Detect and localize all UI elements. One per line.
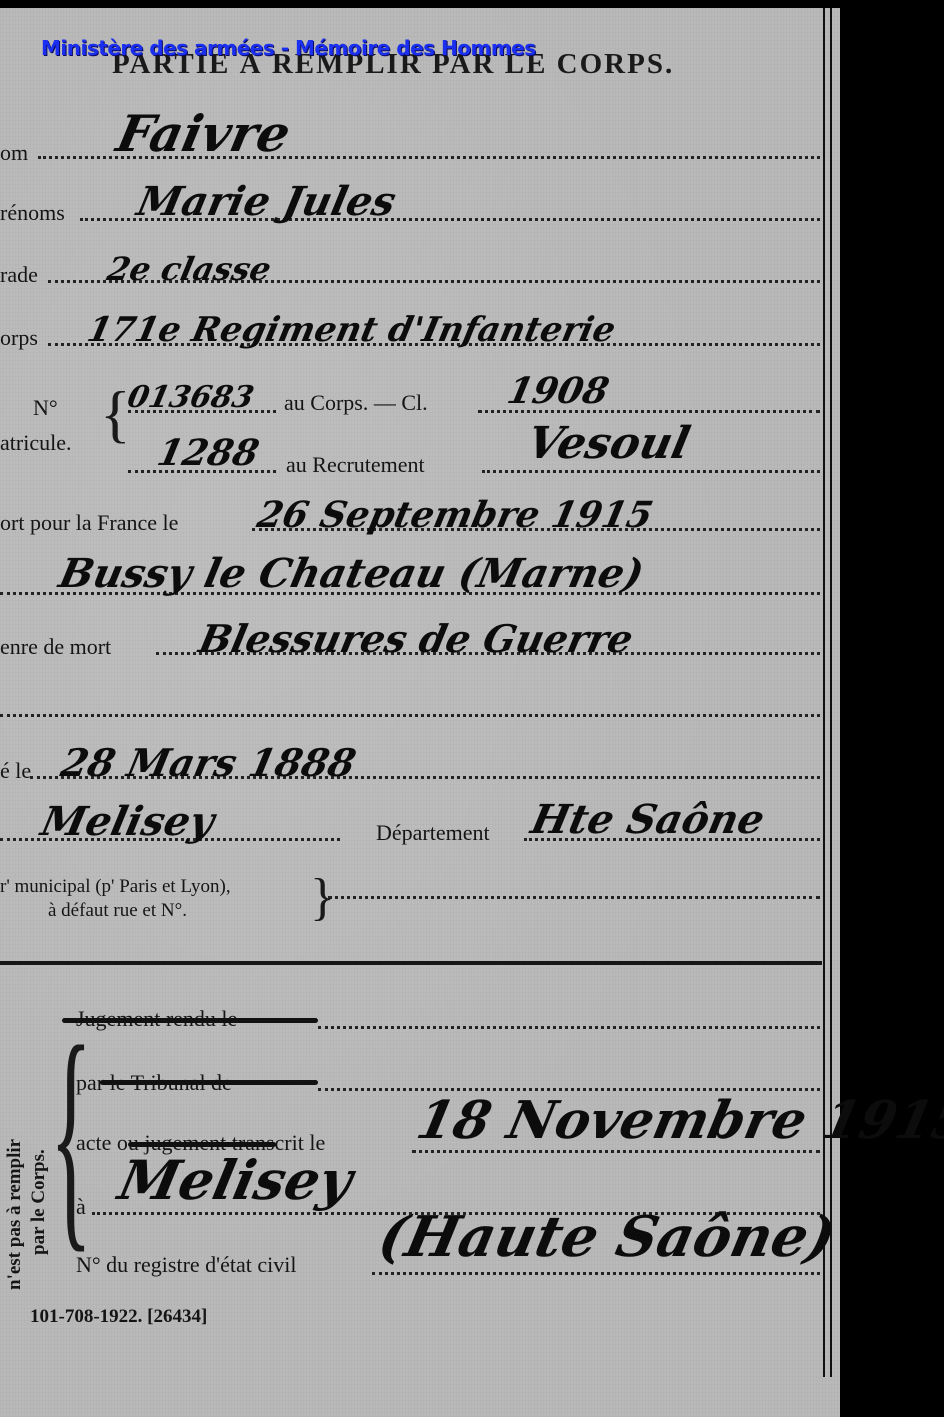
registre-label: N° du registre d'état civil <box>76 1252 296 1278</box>
matricule-label-1: N° <box>33 395 58 421</box>
margin-rule-inner <box>823 8 825 1377</box>
side-note-line-1: n'est pas à remplir <box>4 1139 26 1290</box>
au-corps-value: 013683 <box>124 380 257 415</box>
naissance-label: é le <box>0 758 31 784</box>
side-note-line-2: par le Corps. <box>28 1149 50 1255</box>
prenoms-label: rénoms <box>0 200 65 226</box>
classe-value: 1908 <box>504 370 613 412</box>
grade-label: rade <box>0 262 38 288</box>
margin-rule-outer <box>830 8 832 1377</box>
jugement-line <box>318 1026 820 1029</box>
departement-value: Hte Saône <box>527 796 769 843</box>
matricule-label-2: atricule. <box>0 430 71 456</box>
prenoms-value: Marie Jules <box>133 178 400 225</box>
corps-label: orps <box>0 325 38 351</box>
tribunal-strikethrough <box>100 1080 318 1085</box>
mort-label: ort pour la France le <box>0 510 178 536</box>
acte-label-prefix: acte <box>76 1130 111 1155</box>
a-place-value: Melisey <box>113 1148 358 1212</box>
a-label: à <box>76 1194 86 1220</box>
mort-date-value: 26 Septembre 1915 <box>254 494 657 536</box>
nom-value: Faivre <box>112 104 296 163</box>
acte-strikethrough <box>128 1142 276 1147</box>
arrondissement-label-1: r' municipal (p' Paris et Lyon), <box>0 876 231 898</box>
recrutement-place-value: Vesoul <box>523 418 695 469</box>
lieu-naissance-value: Melisey <box>37 798 218 845</box>
nom-label: om <box>0 140 28 166</box>
corps-value: 171e Regiment d'Infanterie <box>84 310 619 350</box>
genre-mort-value: Blessures de Guerre <box>195 616 637 661</box>
naissance-date-value: 28 Mars 1888 <box>57 740 360 785</box>
arrondissement-label-2: à défaut rue et N°. <box>48 900 187 922</box>
watermark: Ministère des armées - Mémoire des Homme… <box>41 36 536 60</box>
genre-mort-label: enre de mort <box>0 634 111 660</box>
recrutement-label: au Recrutement <box>286 452 425 478</box>
registre-line <box>372 1272 820 1275</box>
blank-line <box>0 714 820 717</box>
arrondissement-line <box>328 896 820 899</box>
au-corps-label: au Corps. — Cl. <box>284 390 428 416</box>
print-reference: 101-708-1922. [26434] <box>30 1306 207 1328</box>
recrutement-place-line <box>482 470 820 473</box>
acte-date-value: 18 Novembre 1915 <box>412 1090 944 1151</box>
grade-value: 2e classe <box>104 250 275 288</box>
jugement-strikethrough <box>62 1018 318 1023</box>
section-divider <box>0 961 822 965</box>
registre-value: (Haute Saône) <box>373 1204 841 1270</box>
recrutement-number-value: 1288 <box>154 432 263 474</box>
departement-label: Département <box>376 820 490 846</box>
lieu-mort-value: Bussy le Chateau (Marne) <box>55 550 648 597</box>
